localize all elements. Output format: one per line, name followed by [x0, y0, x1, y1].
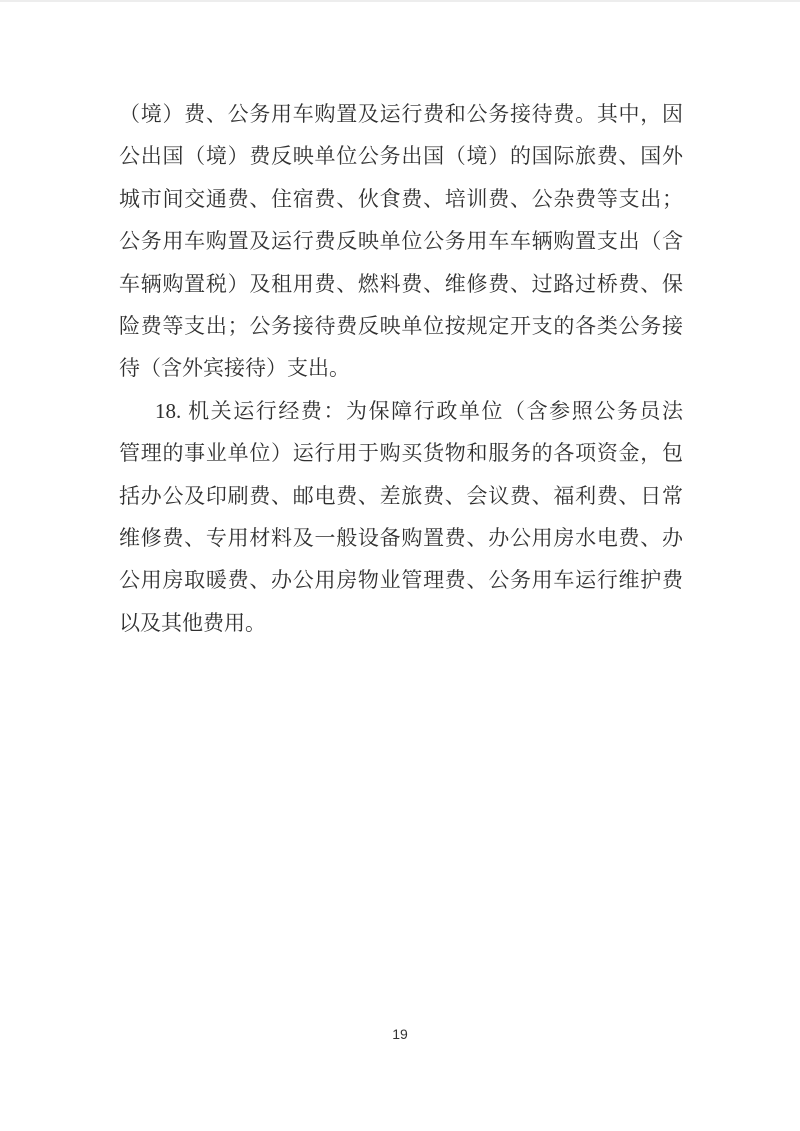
text-line: 以及其他费用。 — [119, 602, 683, 644]
page-top-edge — [0, 0, 800, 2]
text-block: （境）费、公务用车购置及运行费和公务接待费。其中，因公出国（境）费反映单位公务出… — [119, 93, 683, 644]
text-line: 城市间交通费、住宿费、伙食费、培训费、公杂费等支出； — [119, 178, 683, 220]
text-line: 管理的事业单位）运行用于购买货物和服务的各项资金，包 — [119, 432, 683, 474]
text-line: 公出国（境）费反映单位公务出国（境）的国际旅费、国外 — [119, 135, 683, 177]
text-line: 维修费、专用材料及一般设备购置费、办公用房水电费、办 — [119, 517, 683, 559]
text-line: 待（含外宾接待）支出。 — [119, 347, 683, 389]
text-line: 18. 机关运行经费：为保障行政单位（含参照公务员法 — [119, 390, 683, 432]
document-page: （境）费、公务用车购置及运行费和公务接待费。其中，因公出国（境）费反映单位公务出… — [0, 0, 800, 1131]
text-line: 险费等支出；公务接待费反映单位按规定开支的各类公务接 — [119, 305, 683, 347]
text-line: 公务用车购置及运行费反映单位公务用车车辆购置支出（含 — [119, 220, 683, 262]
text-line: （境）费、公务用车购置及运行费和公务接待费。其中，因 — [119, 93, 683, 135]
page-footer: 19 — [0, 1026, 800, 1042]
text-line: 车辆购置税）及租用费、燃料费、维修费、过路过桥费、保 — [119, 263, 683, 305]
text-line: 公用房取暖费、办公用房物业管理费、公务用车运行维护费 — [119, 559, 683, 601]
text-line: 括办公及印刷费、邮电费、差旅费、会议费、福利费、日常 — [119, 475, 683, 517]
page-number: 19 — [392, 1026, 408, 1042]
